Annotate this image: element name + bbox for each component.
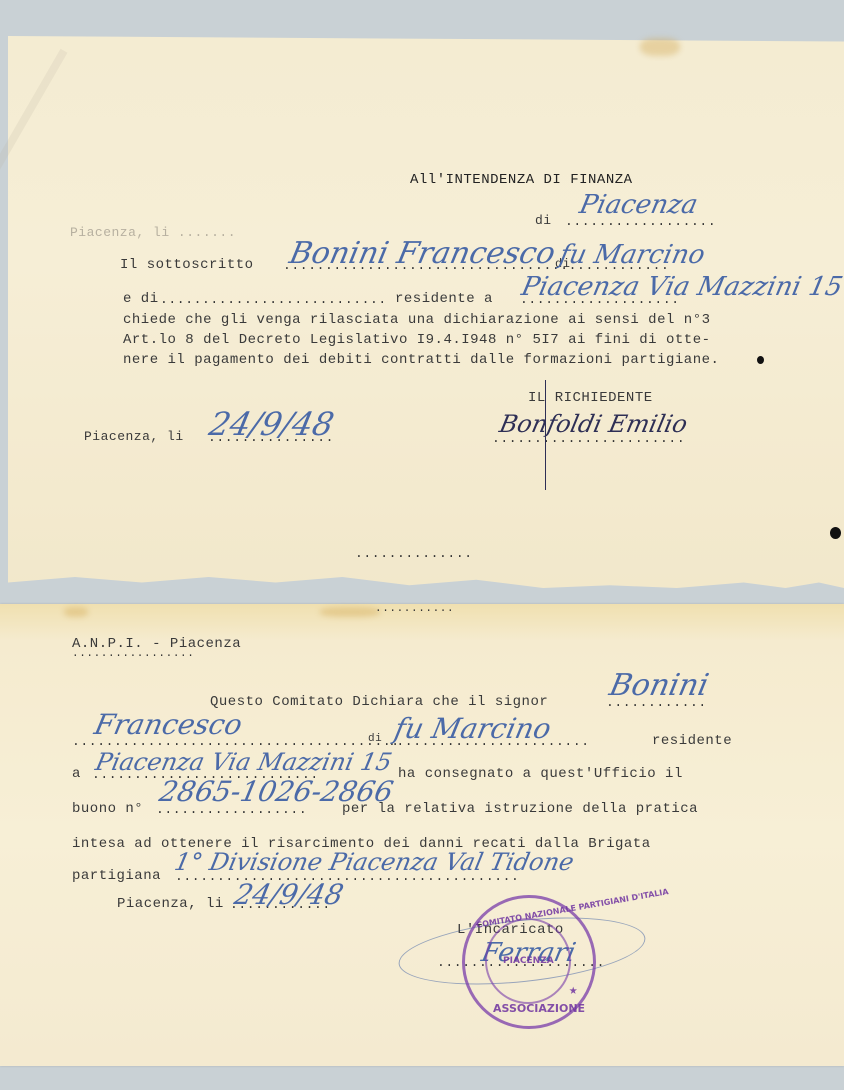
stain	[64, 607, 88, 617]
di-handwritten-value: Piacenza	[577, 190, 701, 220]
declaration-intro: Questo Comitato Dichiara che il signor	[210, 694, 548, 710]
residente-label: residente a	[395, 291, 493, 307]
stamp-inner-text: PIACENZA	[503, 956, 554, 966]
e-di-dotted-line: ...........................	[160, 292, 387, 307]
star-icon: ★	[569, 982, 577, 999]
header-underline: .................	[72, 648, 194, 660]
anpi-stamp: COMITATO NAZIONALE PARTIGIANI D'ITALIA A…	[462, 895, 596, 1029]
date-handwritten-value: 24/9/48	[206, 405, 337, 443]
top-dotted-line: ...........	[375, 603, 454, 615]
sottoscritto-label: Il sottoscritto	[120, 257, 254, 273]
signature-stroke	[545, 380, 546, 490]
e-di-label: e di	[123, 291, 159, 307]
buono-label: buono n°	[72, 801, 143, 817]
faded-header: Piacenza, li .......	[70, 225, 236, 240]
residente-handwritten-value: Piacenza Via Mazzini 15	[519, 272, 844, 302]
stain	[640, 38, 680, 56]
residente-label: residente	[652, 733, 732, 749]
partigiana-label: partigiana	[72, 868, 161, 884]
addressee: All'INTENDENZA DI FINANZA	[410, 172, 633, 188]
richiedente-label: IL RICHIEDENTE	[528, 390, 653, 406]
place-date-label: Piacenza, li	[117, 896, 224, 912]
a-label: a	[72, 766, 81, 782]
punch-mark	[757, 356, 764, 364]
address-handwritten-value: Piacenza Via Mazzini 15	[93, 748, 394, 776]
consegnato-text: ha consegnato a quest'Ufficio il	[398, 766, 683, 782]
di-label: di	[535, 213, 552, 228]
pratica-text: per la relativa istruzione della pratica	[342, 801, 698, 817]
fu-label: di	[368, 733, 382, 745]
date-handwritten-value: 24/9/48	[231, 878, 346, 911]
body-line-2: Art.lo 8 del Decreto Legislativo I9.4.I9…	[123, 332, 711, 348]
surname-handwritten-value: Bonini	[606, 668, 711, 703]
fu-handwritten-value: fu Marcino	[391, 712, 554, 745]
bottom-sheet	[0, 604, 844, 1066]
richiedente-signature: Bonfoldi Emilio	[497, 410, 690, 438]
firstname-handwritten-value: Francesco	[91, 708, 245, 741]
place-date-label: Piacenza, li	[84, 429, 184, 444]
body-line-1: chiede che gli venga rilasciata una dich…	[123, 312, 711, 328]
stain	[320, 607, 380, 617]
stamp-bottom-text: ASSOCIAZIONE	[493, 1002, 585, 1015]
fu-handwritten-value: fu Marcino	[557, 240, 708, 270]
blank-dotted-line: ..............	[355, 546, 473, 561]
sottoscritto-handwritten-value: Bonini Francesco	[286, 236, 558, 271]
brigata-handwritten-value: 1° Divisione Piacenza Val Tidone	[172, 848, 576, 876]
punch-hole	[830, 527, 841, 539]
body-line-3: nere il pagamento dei debiti contratti d…	[123, 352, 719, 368]
